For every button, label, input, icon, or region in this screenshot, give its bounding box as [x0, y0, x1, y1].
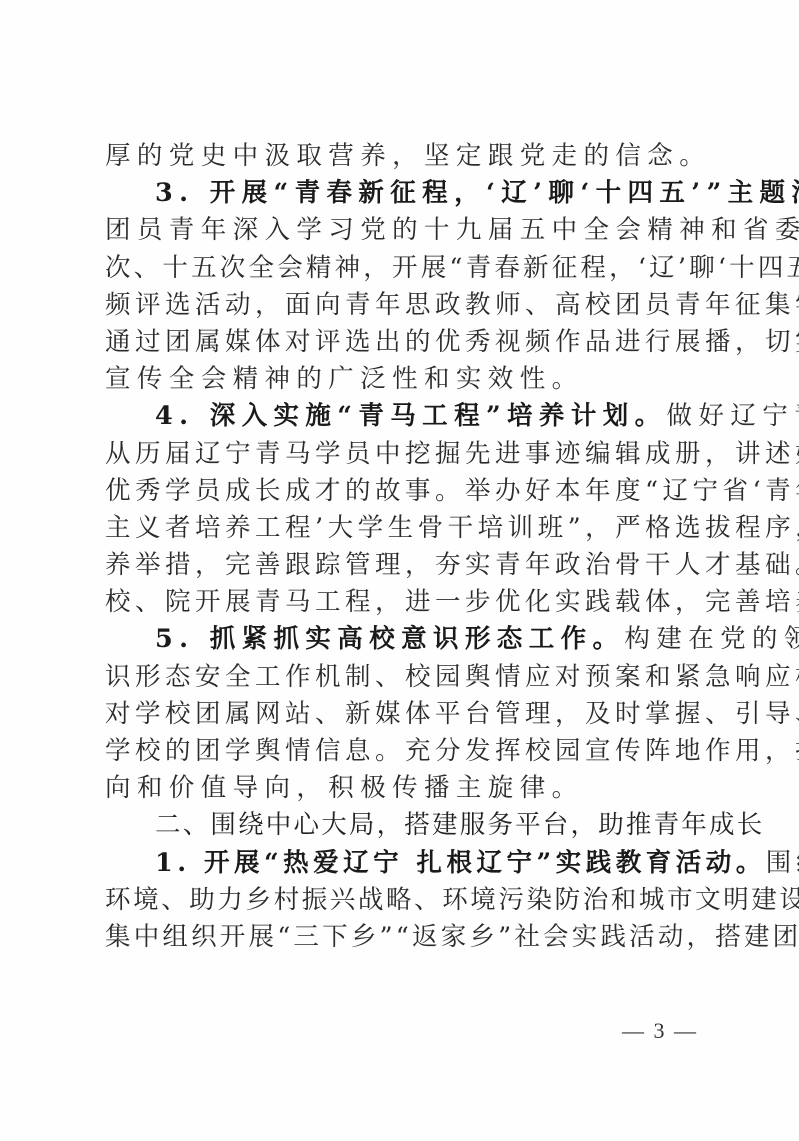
line-text: 厚的党史中汲取营养，坚定跟党走的信念。 — [105, 141, 711, 171]
document-body: 厚的党史中汲取营养，坚定跟党走的信念。 3. 开展“青春新征程，‘辽’聊‘十四五… — [105, 138, 715, 956]
section-heading-text: 二、围绕中心大局，搭建服务平台，助推青年成长 — [155, 810, 764, 840]
page-number: — 3 — — [615, 1018, 705, 1044]
line-text: 优秀学员成长成才的故事。举办好本年度“辽宁省‘青年马克思 — [105, 476, 799, 506]
text-line-9: 从历届辽宁青马学员中挖掘先进事迹编辑成册，讲述好、传播好 — [105, 436, 715, 473]
text-line-5: 频评选活动，面向青年思政教师、高校团员青年征集学习心得， — [105, 287, 715, 324]
text-line-6: 通过团属媒体对评选出的优秀视频作品进行展播，切实提高学习 — [105, 324, 715, 361]
line-text: 频评选活动，面向青年思政教师、高校团员青年征集学习心得， — [105, 290, 799, 320]
item-3-title: 3. 开展“青春新征程，‘辽’聊‘十四五’”主题活动。 — [155, 178, 799, 208]
document-page: 厚的党史中汲取营养，坚定跟党走的信念。 3. 开展“青春新征程，‘辽’聊‘十四五… — [0, 0, 799, 1141]
line-text: 环境、助力乡村振兴战略、环境污染防治和城市文明建设等方面， — [105, 885, 799, 915]
text-line-21: 环境、助力乡村振兴战略、环境污染防治和城市文明建设等方面， — [105, 882, 715, 919]
section-2-item-1-title: 1. 开展“热爱辽宁 扎根辽宁”实践教育活动。 — [155, 848, 766, 878]
line-text: 主义者培养工程’大学生骨干培训班”，严格选拔程序，优化培 — [105, 513, 799, 543]
text-line-1: 厚的党史中汲取营养，坚定跟党走的信念。 — [105, 138, 715, 175]
text-line-18: 向和价值导向，积极传播主旋律。 — [105, 770, 715, 807]
line-text: 集中组织开展“三下乡”“返家乡”社会实践活动，搭建团员青年与 — [105, 922, 799, 952]
line-text: 做好辽宁青马回顾工作， — [667, 401, 799, 431]
line-text: 学校的团学舆情信息。充分发挥校园宣传阵地作用，把好政治导 — [105, 736, 799, 766]
text-line-11: 主义者培养工程’大学生骨干培训班”，严格选拔程序，优化培 — [105, 510, 715, 547]
text-line-7: 宣传全会精神的广泛性和实效性。 — [105, 361, 715, 398]
section-2-item-1-heading-line: 1. 开展“热爱辽宁 扎根辽宁”实践教育活动。围绕优化营商 — [105, 845, 715, 882]
text-line-3: 团员青年深入学习党的十九届五中全会精神和省委十二届十四 — [105, 212, 715, 249]
text-line-22: 集中组织开展“三下乡”“返家乡”社会实践活动，搭建团员青年与 — [105, 919, 715, 956]
text-line-4: 次、十五次全会精神，开展“青春新征程，‘辽’聊‘十四五’”微视 — [105, 250, 715, 287]
line-text: 对学校团属网站、新媒体平台管理，及时掌握、引导、处理涉及 — [105, 699, 799, 729]
item-5-heading-line: 5. 抓紧抓实高校意识形态工作。构建在党的领导下高校意 — [105, 621, 715, 658]
line-text: 宣传全会精神的广泛性和实效性。 — [105, 364, 584, 394]
text-line-16: 对学校团属网站、新媒体平台管理，及时掌握、引导、处理涉及 — [105, 696, 715, 733]
text-line-10: 优秀学员成长成才的故事。举办好本年度“辽宁省‘青年马克思 — [105, 473, 715, 510]
item-4-title: 4. 深入实施“青马工程”培养计划。 — [155, 401, 667, 431]
item-4-heading-line: 4. 深入实施“青马工程”培养计划。做好辽宁青马回顾工作， — [105, 398, 715, 435]
line-text: 构建在党的领导下高校意 — [624, 624, 799, 654]
item-3-heading-line: 3. 开展“青春新征程，‘辽’聊‘十四五’”主题活动。组织全省 — [105, 175, 715, 212]
line-text: 向和价值导向，积极传播主旋律。 — [105, 773, 584, 803]
line-text: 通过团属媒体对评选出的优秀视频作品进行展播，切实提高学习 — [105, 327, 799, 357]
text-line-17: 学校的团学舆情信息。充分发挥校园宣传阵地作用，把好政治导 — [105, 733, 715, 770]
text-line-15: 识形态安全工作机制、校园舆情应对预案和紧急响应机制。加强 — [105, 659, 715, 696]
line-text: 识形态安全工作机制、校园舆情应对预案和紧急响应机制。加强 — [105, 662, 799, 692]
line-text: 养举措，完善跟踪管理，夯实青年政治骨干人才基础。指导市、 — [105, 550, 799, 580]
line-text: 围绕优化营商 — [766, 848, 799, 878]
text-line-12: 养举措，完善跟踪管理，夯实青年政治骨干人才基础。指导市、 — [105, 547, 715, 584]
section-2-heading: 二、围绕中心大局，搭建服务平台，助推青年成长 — [105, 807, 715, 844]
line-text: 次、十五次全会精神，开展“青春新征程，‘辽’聊‘十四五’”微视 — [105, 253, 799, 283]
line-text: 校、院开展青马工程，进一步优化实践载体，完善培养机制。 — [105, 587, 799, 617]
text-line-13: 校、院开展青马工程，进一步优化实践载体，完善培养机制。 — [105, 584, 715, 621]
line-text: 从历届辽宁青马学员中挖掘先进事迹编辑成册，讲述好、传播好 — [105, 439, 799, 469]
line-text: 团员青年深入学习党的十九届五中全会精神和省委十二届十四 — [105, 215, 799, 245]
item-5-title: 5. 抓紧抓实高校意识形态工作。 — [155, 624, 624, 654]
